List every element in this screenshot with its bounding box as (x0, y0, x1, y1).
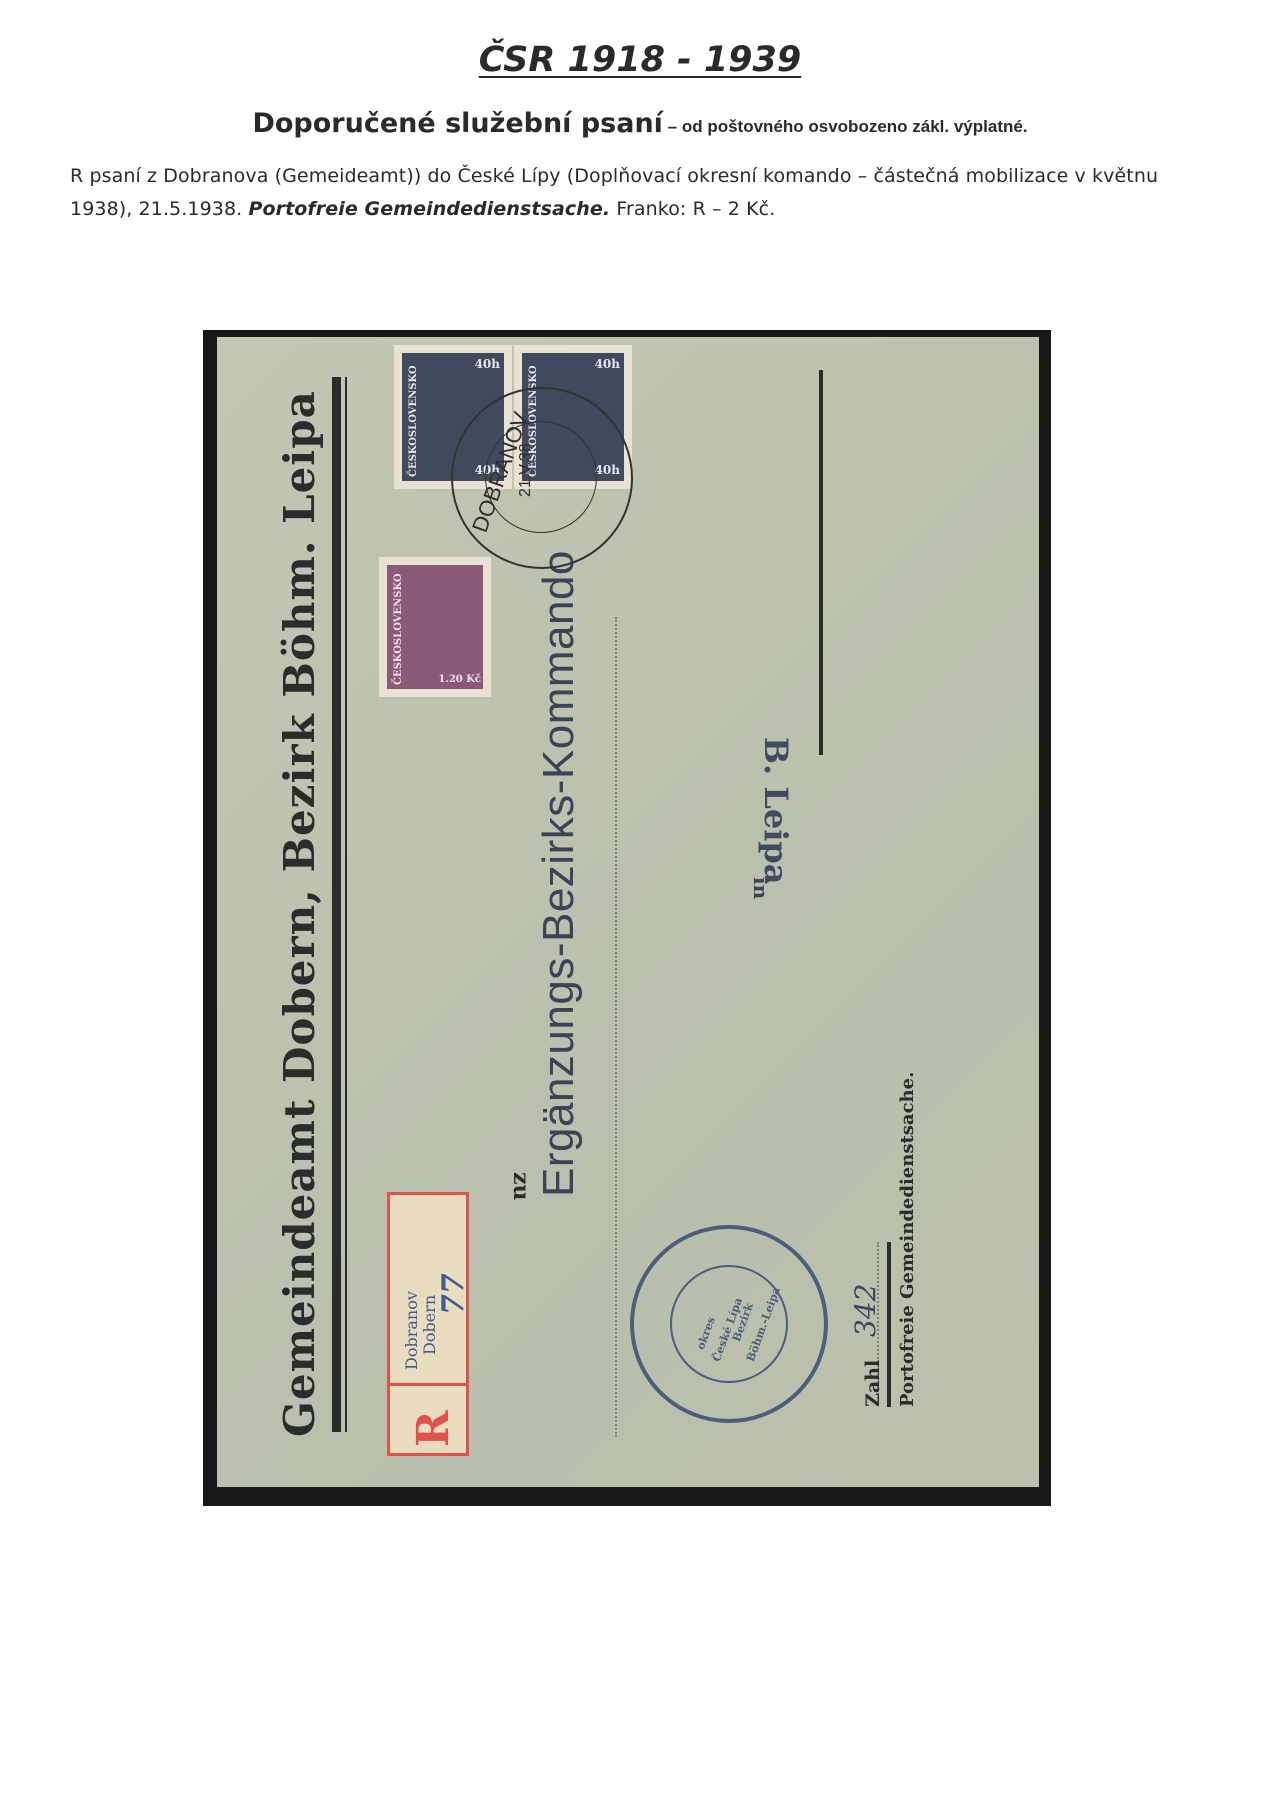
zu-mark: zu (508, 1172, 534, 1201)
postmark-date: 21.V.38 (517, 443, 535, 497)
registration-letter: R (408, 1410, 459, 1447)
description-line-1: R psaní z Dobranova (Gemeideamt)) do Čes… (70, 160, 1210, 193)
destination-city: B. Leipa (757, 737, 795, 884)
city-rule (819, 370, 823, 755)
description-line-2: 1938), 21.5.1938. Portofreie Gemeindedie… (70, 193, 1210, 226)
stamp-1-20kc: ČESKOSLOVENSKO 1.20 Kč (379, 557, 491, 697)
description-bold: Portofreie Gemeindedienstsache. (248, 198, 610, 220)
zahl-rule (887, 1242, 891, 1407)
envelope: Gemeindeamt Dobern, Bezirk Böhm. Leipa E… (217, 337, 1039, 1487)
registration-label: R Dobranov Dobern 77 (387, 1192, 469, 1456)
official-seal: okres České Lípa Bezirk Böhm.-Leipa (630, 1225, 828, 1423)
header-rule-thin (345, 377, 347, 1432)
header-rule (332, 377, 341, 1432)
subtitle-main: Doporučené služební psaní (252, 108, 663, 139)
page-subtitle: Doporučené služební psaní – od poštovnéh… (0, 108, 1280, 139)
description: R psaní z Dobranova (Gemeideamt)) do Čes… (70, 160, 1210, 226)
sender-header: Gemeindeamt Dobern, Bezirk Böhm. Leipa (275, 390, 324, 1437)
zahl-label: Zahl (862, 1360, 884, 1407)
registration-number: 77 (436, 1273, 471, 1315)
recipient-name: Ergänzungs-Bezirks-Kommando (534, 550, 584, 1197)
in-mark: in (749, 877, 773, 899)
subtitle-extra: – od poštovného osvobozeno zákl. výplatn… (663, 117, 1028, 136)
footer-note: Portofreie Gemeindedienstsache. (897, 1072, 918, 1407)
registration-line-1: Dobranov (402, 1291, 421, 1370)
address-dotted-line (615, 617, 617, 1437)
zahl-handwritten-number: 342 (849, 1284, 882, 1337)
page-title: ČSR 1918 - 1939 (0, 40, 1280, 80)
